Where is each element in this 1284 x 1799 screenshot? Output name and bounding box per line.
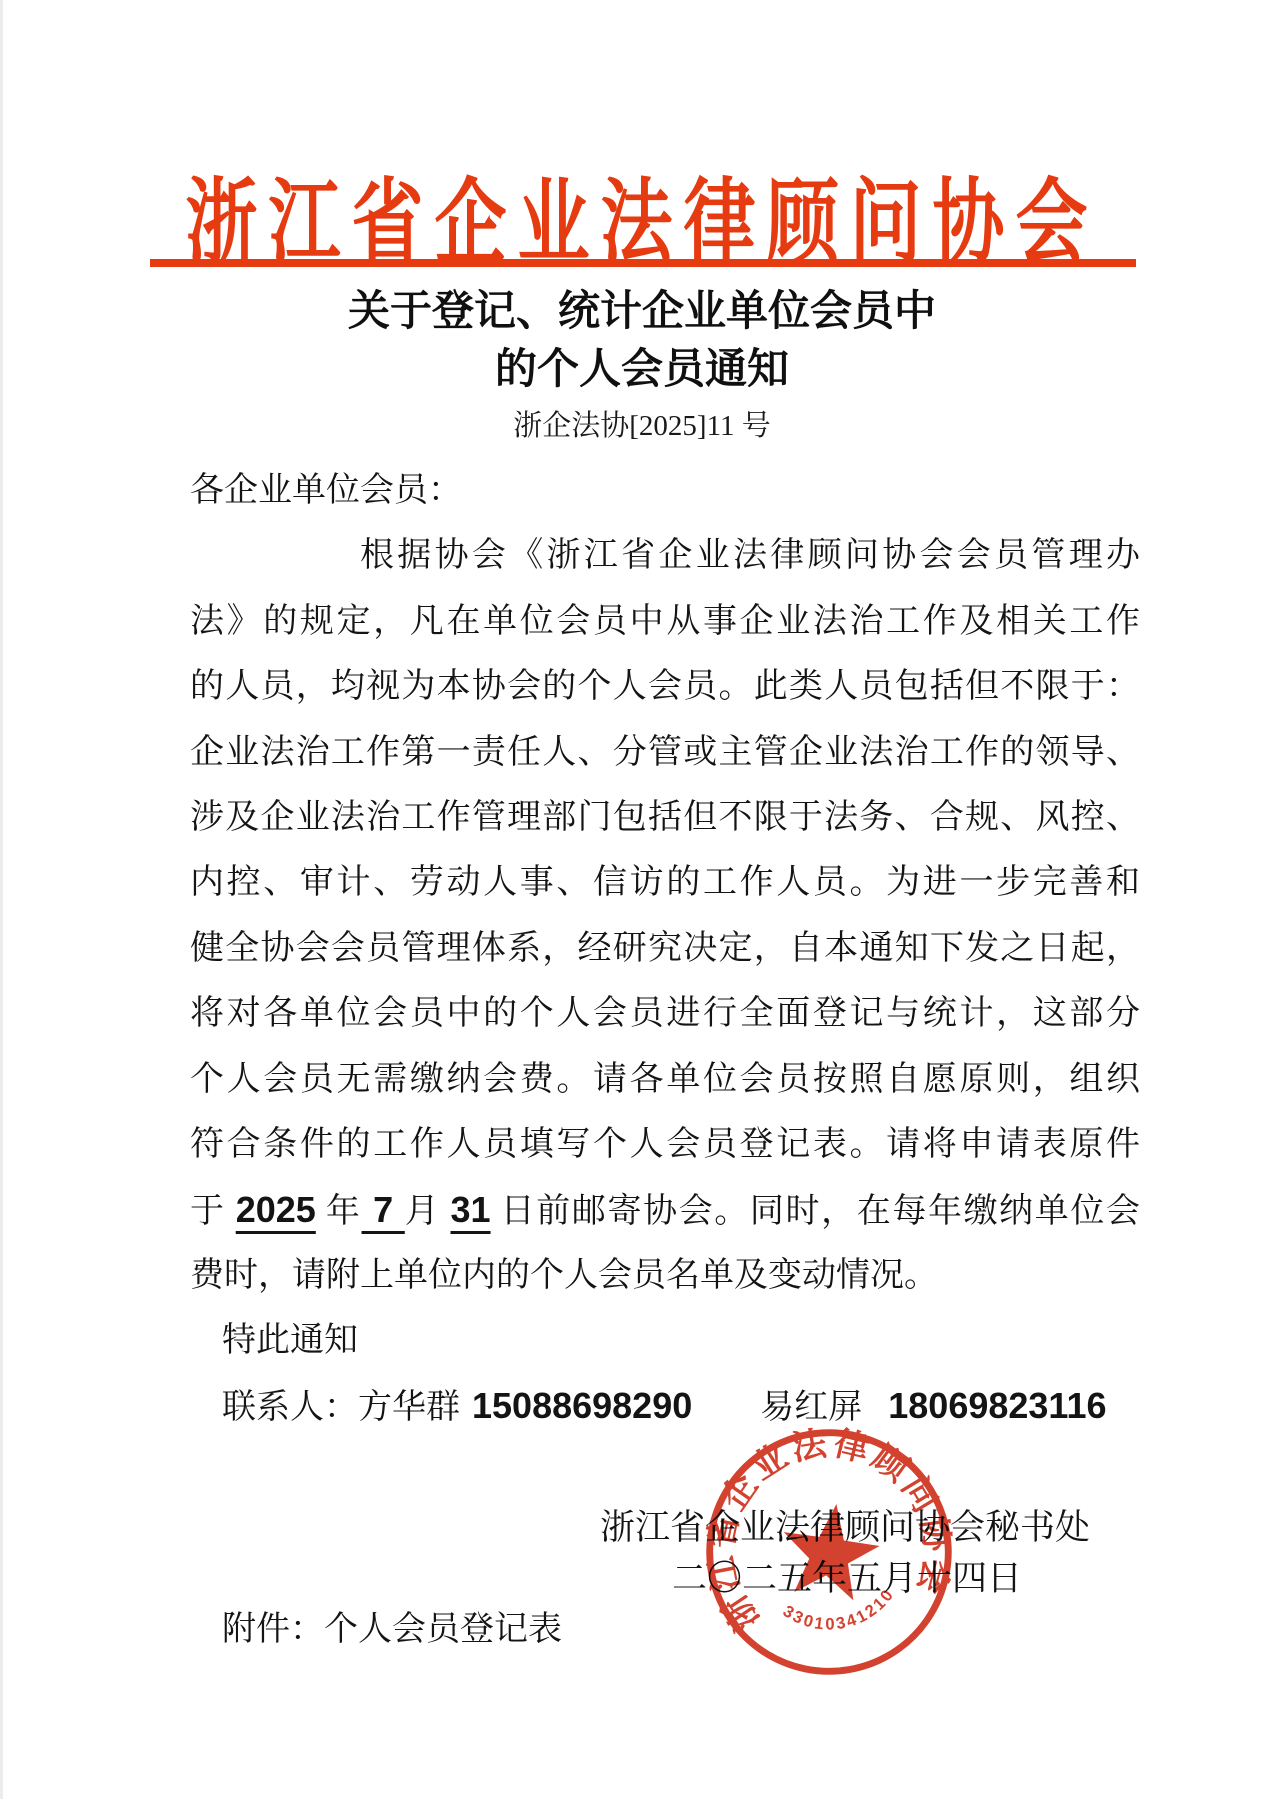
document-number: 浙企法协[2025]11 号 xyxy=(0,403,1284,444)
body-line: 法》的规定，凡在单位会员中从事企业法治工作及相关工作 xyxy=(190,589,1140,654)
body-line: 企业法治工作第一责任人、分管或主管企业法治工作的领导、 xyxy=(190,720,1140,785)
deadline-value: 7 xyxy=(362,1189,405,1230)
seal-ring-textpath: 浙江省企业法律顾问协会 xyxy=(684,1405,966,1641)
letterhead-divider-rule xyxy=(150,259,1136,267)
body-text-segment: 的人员，均视为本协会的个人会员。此类人员包括但不限于： xyxy=(190,668,1140,705)
body-text-segment: 健全协会会员管理体系，经研究决定，自本通知下发之日起， xyxy=(190,930,1140,967)
body-text-segment: 内控、审计、劳动人事、信访的工作人员。为进一步完善和 xyxy=(190,864,1140,901)
body-text-segment: 日前邮寄协会。同时，在每年缴纳单位会 xyxy=(491,1193,1140,1230)
body-line: 将对各单位会员中的个人会员进行全面登记与统计，这部分 xyxy=(190,981,1140,1046)
body-line: 内控、审计、劳动人事、信访的工作人员。为进一步完善和 xyxy=(190,850,1140,915)
contact-phone-1: 15088698290 xyxy=(472,1385,692,1426)
closing-line: 特此通知 xyxy=(190,1308,1172,1373)
body-text-segment: 法》的规定，凡在单位会员中从事企业法治工作及相关工作 xyxy=(190,603,1140,640)
body-text-segment: 个人会员无需缴纳会费。请各单位会员按照自愿原则，组织 xyxy=(190,1061,1140,1098)
deadline-value: 31 xyxy=(451,1189,491,1230)
body-text-segment: 根据协会《浙江省企业法律顾问协会会员管理办 xyxy=(360,537,1140,574)
document-title-line1: 关于登记、统计企业单位会员中 xyxy=(0,278,1284,338)
document-page: 浙江省企业法律顾问协会 关于登记、统计企业单位会员中 的个人会员通知 浙企法协[… xyxy=(0,0,1284,1799)
contact-line: 联系人：方华群15088698290易红屏18069823116 xyxy=(190,1373,1172,1438)
body-text-segment: 企业法治工作第一责任人、分管或主管企业法治工作的领导、 xyxy=(190,734,1140,771)
body-text-segment: 将对各单位会员中的个人会员进行全面登记与统计，这部分 xyxy=(190,995,1140,1032)
body-line: 根据协会《浙江省企业法律顾问协会会员管理办 xyxy=(190,523,1140,588)
body-line: 符合条件的工作人员填写个人会员登记表。请将申请表原件 xyxy=(190,1112,1140,1177)
body-text-segment: 符合条件的工作人员填写个人会员登记表。请将申请表原件 xyxy=(190,1126,1140,1163)
seal-ring-text: 浙江省企业法律顾问协会 xyxy=(684,1405,966,1641)
body-text-segment: 于 xyxy=(190,1193,236,1230)
attachment-note: 附件：个人会员登记表 xyxy=(222,1601,562,1650)
body-line: 健全协会会员管理体系，经研究决定，自本通知下发之日起， xyxy=(190,916,1140,981)
body-text-segment: 涉及企业法治工作管理部门包括但不限于法务、合规、风控、 xyxy=(190,799,1140,836)
paragraph: 根据协会《浙江省企业法律顾问协会会员管理办法》的规定，凡在单位会员中从事企业法治… xyxy=(190,523,1140,1308)
body-line: 费时，请附上单位内的个人会员名单及变动情况。 xyxy=(190,1243,1140,1308)
body-line: 的人员，均视为本协会的个人会员。此类人员包括但不限于： xyxy=(190,654,1140,719)
salutation: 各企业单位会员： xyxy=(190,458,1140,523)
contact-label: 联系人： xyxy=(222,1389,358,1426)
body-line: 于 2025 年 7 月 31 日前邮寄协会。同时，在每年缴纳单位会 xyxy=(190,1177,1140,1242)
seal-star-icon xyxy=(781,1498,888,1610)
document-title-line2: 的个人会员通知 xyxy=(0,336,1284,396)
official-seal: 浙江省企业法律顾问协会 3301034121030 xyxy=(676,1399,982,1705)
body-line: 涉及企业法治工作管理部门包括但不限于法务、合规、风控、 xyxy=(190,785,1140,850)
contact-name-1: 方华群 xyxy=(358,1389,460,1426)
deadline-value: 2025 xyxy=(236,1189,316,1230)
body-text-segment: 月 xyxy=(405,1193,451,1230)
body-line: 个人会员无需缴纳会费。请各单位会员按照自愿原则，组织 xyxy=(190,1047,1140,1112)
body-text-segment: 年 xyxy=(316,1193,362,1230)
body-text-block: 各企业单位会员： 根据协会《浙江省企业法律顾问协会会员管理办法》的规定，凡在单位… xyxy=(190,458,1140,1439)
body-text-segment: 费时，请附上单位内的个人会员名单及变动情况。 xyxy=(190,1257,938,1294)
